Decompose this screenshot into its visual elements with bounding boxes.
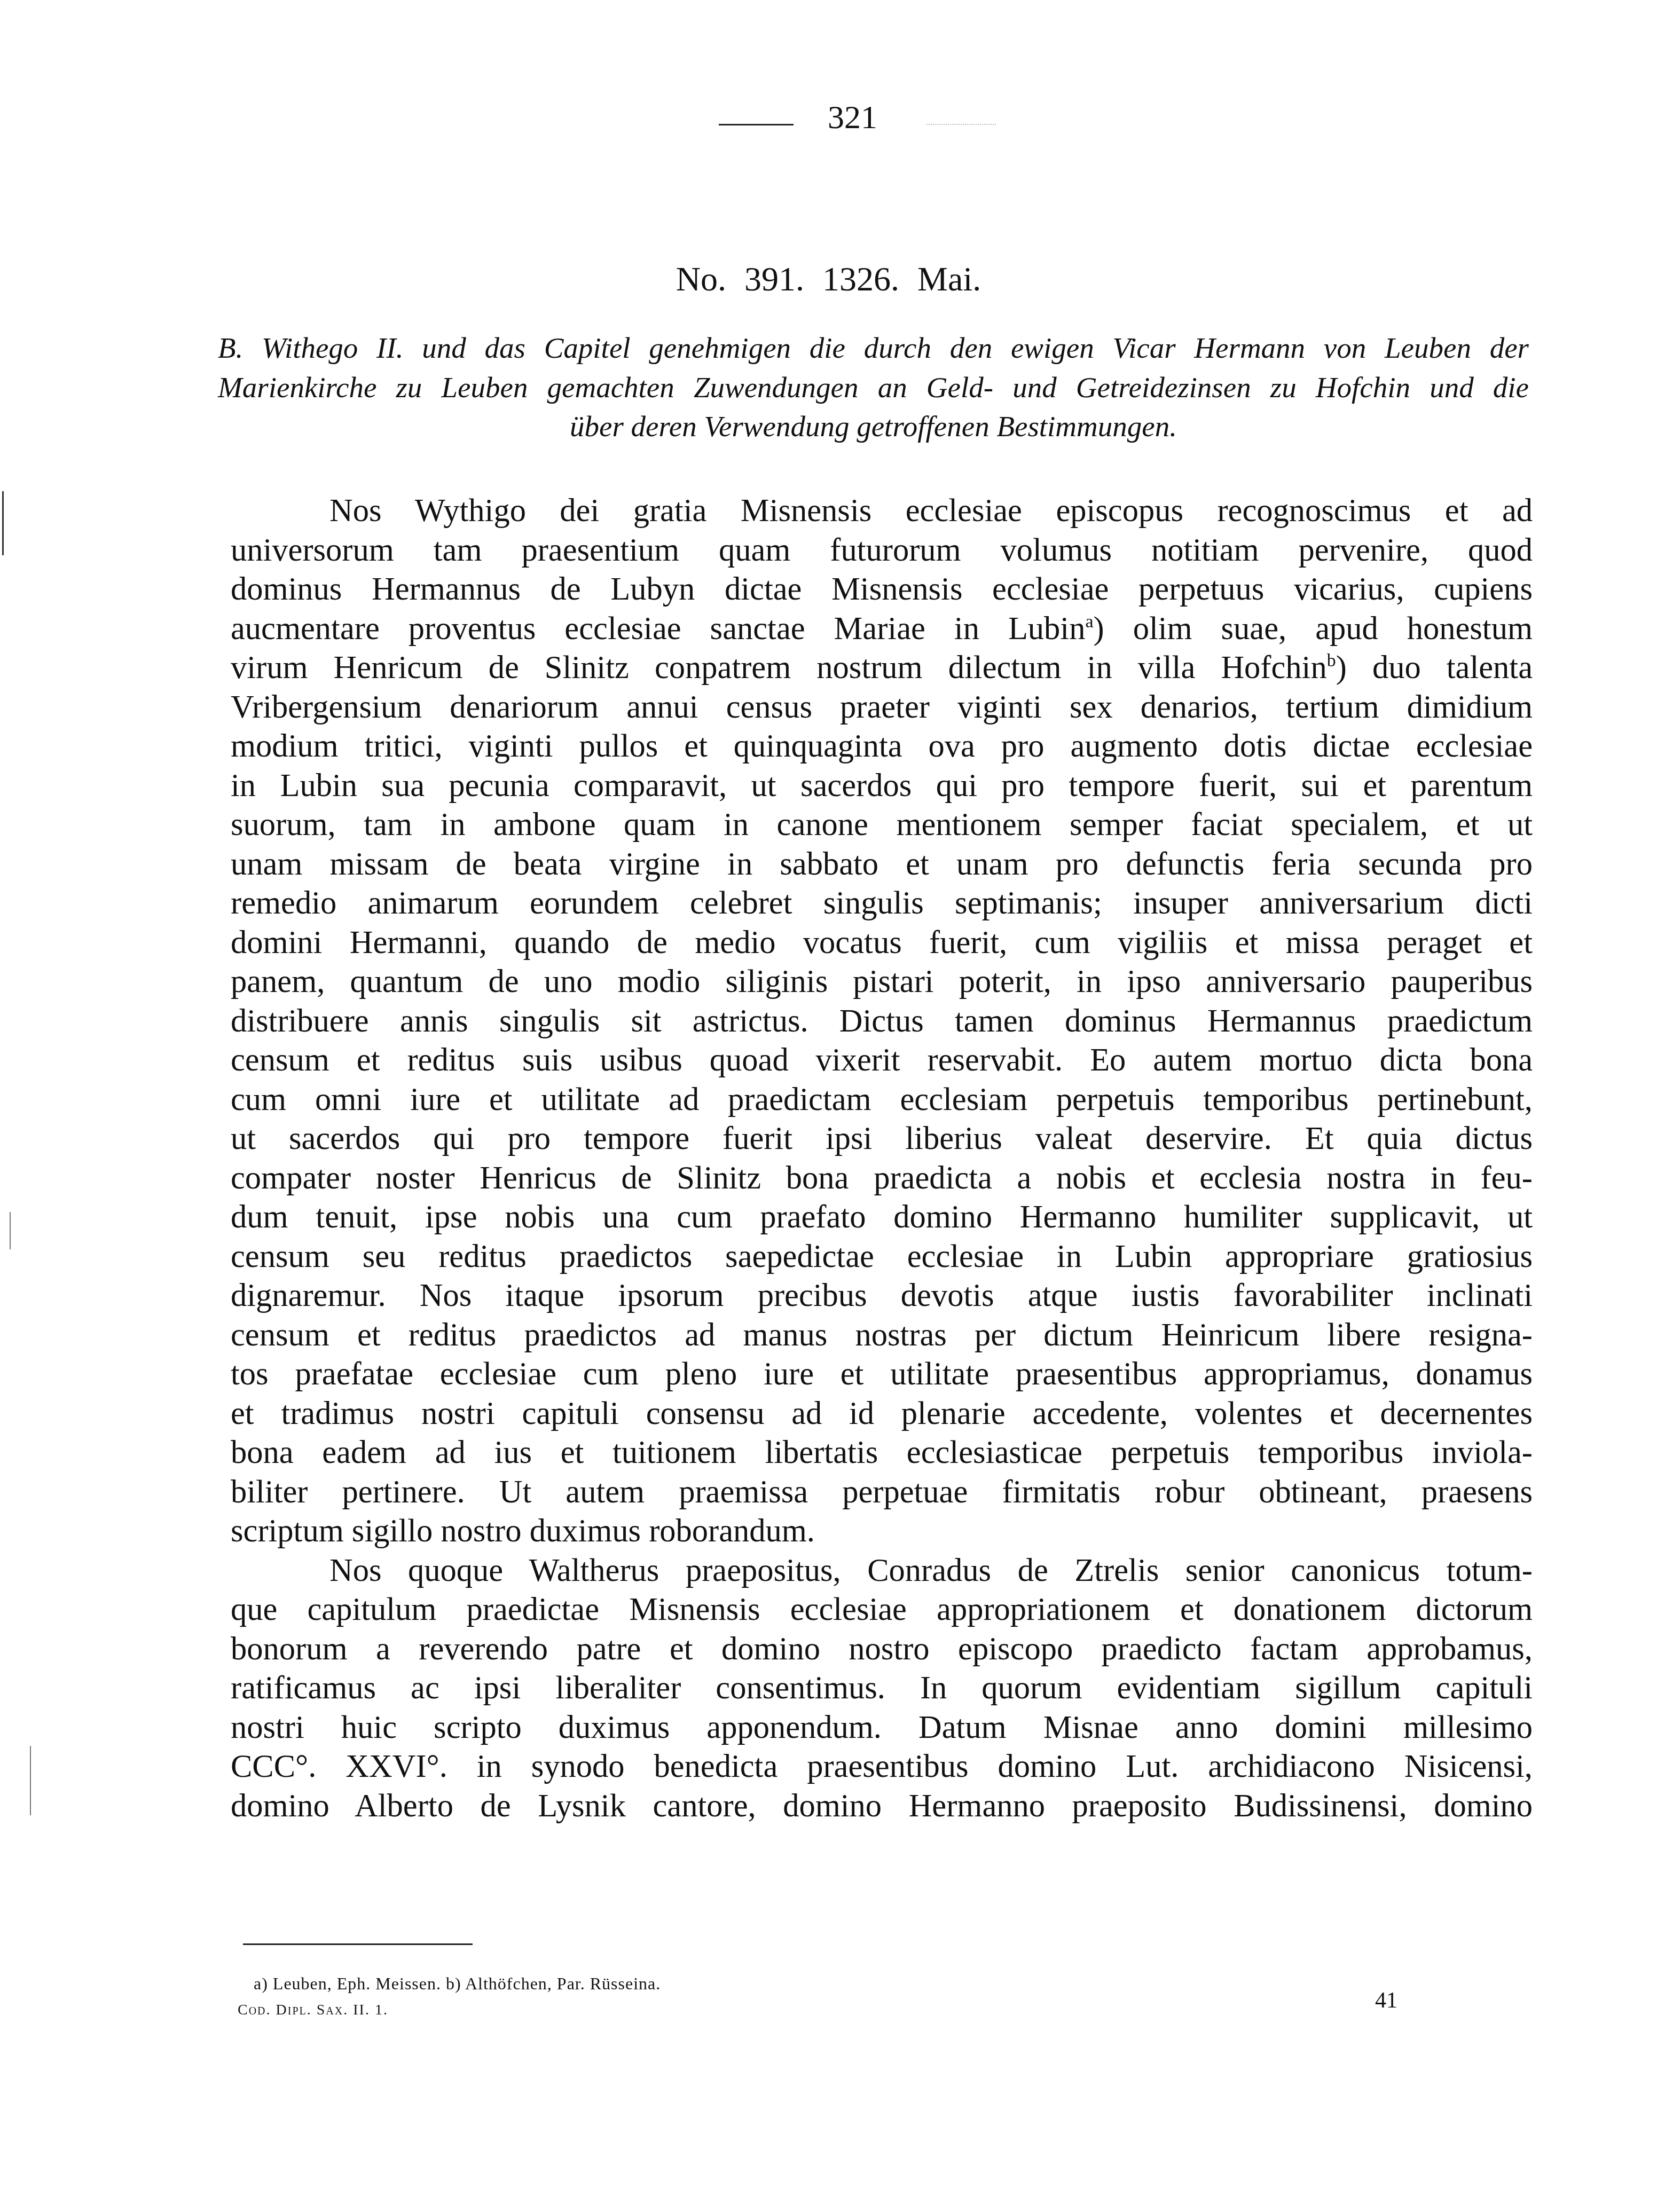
text-line: domini Hermanni, quando de medio vocatus…: [231, 923, 1533, 963]
text-segment: aucmentare proventus ecclesiae sanctae M…: [231, 611, 1085, 647]
text-line: distribuere annis singulis sit astrictus…: [231, 1002, 1533, 1041]
text-line: universorum tam praesentium quam futuror…: [231, 531, 1533, 570]
text-line: scriptum sigillo nostro duximus roborand…: [231, 1512, 1533, 1551]
document-page: 321 No. 391. 1326. Mai. B. Withego II. u…: [0, 0, 1657, 2212]
text-line: Nos Wythigo dei gratia Misnensis ecclesi…: [231, 491, 1533, 531]
text-line: cum omni iure et utilitate ad praedictam…: [231, 1080, 1533, 1120]
document-summary: B. Withego II. und das Capitel genehmige…: [218, 328, 1529, 446]
text-line: domino Alberto de Lysnik cantore, domino…: [231, 1786, 1533, 1826]
text-line: suorum, tam in ambone quam in canone men…: [231, 805, 1533, 845]
scan-margin-mark: [10, 1212, 11, 1249]
text-line: ut sacerdos qui pro tempore fuerit ipsi …: [231, 1119, 1533, 1159]
charter-text: Nos Wythigo dei gratia Misnensis ecclesi…: [231, 491, 1533, 1825]
text-line: dum tenuit, ipse nobis una cum praefato …: [231, 1198, 1533, 1237]
footnotes: a) Leuben, Eph. Meissen. b) Althöfchen, …: [254, 1973, 661, 1994]
text-line: censum et reditus suis usibus quoad vixe…: [231, 1041, 1533, 1080]
text-line: compater noster Henricus de Slinitz bona…: [231, 1159, 1533, 1198]
text-line: censum et reditus praedictos ad manus no…: [231, 1316, 1533, 1355]
sheet-signature: 41: [1375, 1987, 1397, 2014]
text-segment: ) olim suae, apud honestum: [1094, 611, 1533, 647]
text-segment: ) duo talenta: [1336, 650, 1533, 686]
text-line: tos praefatae ecclesiae cum pleno iure e…: [231, 1355, 1533, 1394]
text-line: remedio animarum eorundem celebret singu…: [231, 884, 1533, 923]
text-segment: virum Henricum de Slinitz conpatrem nost…: [231, 650, 1327, 686]
page-number: 321: [828, 96, 877, 139]
text-line: nostri huic scripto duximus apponendum. …: [231, 1708, 1533, 1747]
text-line: Vribergensium denariorum annui census pr…: [231, 688, 1533, 727]
text-line: dignaremur. Nos itaque ipsorum precibus …: [231, 1276, 1533, 1316]
running-head: 321: [0, 96, 1657, 139]
text-line: Nos quoque Waltherus praepositus, Conrad…: [231, 1551, 1533, 1591]
text-line: bona eadem ad ius et tuitionem libertati…: [231, 1433, 1533, 1473]
text-line: ratificamus ac ipsi liberaliter consenti…: [231, 1668, 1533, 1708]
text-line: censum seu reditus praedictos saepedicta…: [231, 1237, 1533, 1277]
text-line: modium tritici, viginti pullos et quinqu…: [231, 727, 1533, 766]
text-line: CCC°. XXVI°. in synodo benedicta praesen…: [231, 1747, 1533, 1786]
text-line: dominus Hermannus de Lubyn dictae Misnen…: [231, 570, 1533, 609]
text-line-with-footnote-b: virum Henricum de Slinitz conpatrem nost…: [231, 648, 1533, 688]
series-signature: Cod. Dipl. Sax. II. 1.: [238, 2000, 388, 2021]
footnote-ref-a: a: [1085, 612, 1093, 632]
footnote-ref-b: b: [1327, 651, 1336, 671]
summary-line: über deren Verwendung getroffenen Bestim…: [218, 407, 1529, 446]
footnote-rule: [243, 1943, 473, 1945]
text-line-with-footnote-a: aucmentare proventus ecclesiae sanctae M…: [231, 609, 1533, 649]
summary-line: Marienkirche zu Leuben gemachten Zuwendu…: [218, 368, 1529, 407]
text-line: in Lubin sua pecunia comparavit, ut sace…: [231, 766, 1533, 806]
text-line: biliter pertinere. Ut autem praemissa pe…: [231, 1473, 1533, 1512]
scan-margin-mark: [2, 491, 4, 555]
summary-line: B. Withego II. und das Capitel genehmige…: [218, 328, 1529, 368]
running-head-dots: [926, 124, 996, 125]
text-line: bonorum a reverendo patre et domino nost…: [231, 1630, 1533, 1669]
text-line: unam missam de beata virgine in sabbato …: [231, 845, 1533, 884]
running-head-rule: [719, 124, 794, 125]
text-line: que capitulum praedictae Misnensis eccle…: [231, 1590, 1533, 1630]
scan-margin-mark: [30, 1746, 31, 1815]
text-line: et tradimus nostri capituli consensu ad …: [231, 1394, 1533, 1434]
text-line: panem, quantum de uno modio siliginis pi…: [231, 962, 1533, 1002]
document-title: No. 391. 1326. Mai.: [0, 255, 1657, 303]
